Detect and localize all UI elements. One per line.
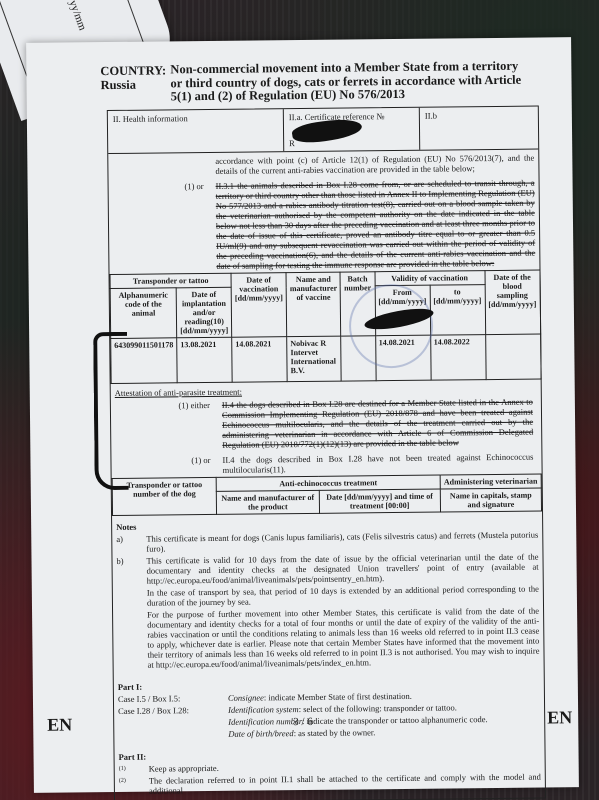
th-date-time: Date [dd/mm/yyyy] and time of treatment … [319, 489, 441, 513]
th-valid-to: to [dd/mm/yyyy] [430, 285, 486, 336]
clause-ii31: (1) or II.3.1 the animals described in B… [109, 175, 540, 274]
certificate-reference-cell: II.a. Certificate reference № R [284, 108, 420, 151]
attestation-or-label: (1) or [115, 455, 222, 476]
part2-row: (2) The declaration referred to in point… [119, 772, 541, 796]
page-number: 3 / 6 [293, 716, 313, 728]
country-label: COUNTRY: [100, 63, 166, 78]
document-title: Non-commercial movement into a Member St… [170, 60, 525, 104]
vaccination-table: Transponder or tattoo Date of vaccinatio… [110, 270, 542, 385]
clause-or-label: (1) or [109, 181, 217, 272]
th-blood-date: Date of the blood sampling [dd/mm/yyyy] [485, 270, 541, 335]
cell-vaccine: Nobivac R Intervet International B.V. [287, 336, 342, 382]
language-code-left: EN [47, 714, 72, 735]
cell-to: 14.08.2022 [430, 335, 485, 381]
clause-ii31-text: II.3.1 the animals described in Box I.28… [216, 178, 536, 271]
th-vacc-date: Date of vaccination [dd/mm/yyyy] [231, 273, 287, 338]
cell-vacc-date: 14.08.2021 [232, 337, 287, 383]
cell-implant-date: 13.08.2021 [177, 337, 232, 383]
health-information-box: II. Health information II.a. Certificate… [107, 106, 546, 800]
document-header: COUNTRY: Russia Non-commercial movement … [100, 60, 520, 64]
clause-continued-text: accordance with point (c) of Article 12(… [215, 153, 534, 176]
note-item: b) This certificate is valid for 10 days… [116, 552, 538, 586]
th-implant-date: Date of implantation and/or reading(10) … [176, 287, 232, 338]
hand-drawn-bracket [93, 332, 129, 490]
note-item: In the case of transport by sea, that pe… [117, 584, 539, 608]
treatment-table: Transponder or tattoo number of the dog … [112, 473, 542, 516]
table-row: 643099011501178 13.08.2021 14.08.2021 No… [111, 334, 541, 383]
th-vet-group: Administering veterinarian [440, 474, 541, 489]
th-alphanumeric: Alphanumeric code of the animal [110, 288, 177, 339]
attestation-section: Attestation of anti-parasite treatment: … [111, 380, 542, 478]
th-product: Name and manufacturer of the product [216, 490, 319, 514]
note-item: For the purpose of further movement into… [117, 606, 540, 670]
note-item: a) This certificate is meant for dogs (C… [116, 530, 538, 554]
attestation-either-text: II.4 the dogs described in Box I.28 are … [222, 397, 534, 450]
country-block: COUNTRY: Russia [100, 63, 166, 92]
th-transponder-group: Transponder or tattoo [110, 273, 231, 288]
th-vaccine-name: Name and manufacturer of vaccine [286, 272, 341, 337]
certificate-page: COUNTRY: Russia Non-commercial movement … [26, 37, 579, 793]
notes-section: Notes a) This certificate is meant for d… [112, 511, 545, 800]
box-header-row: II. Health information II.a. Certificate… [108, 107, 538, 155]
country-value: Russia [100, 77, 166, 92]
language-code-right: EN [547, 707, 572, 728]
part1-row: Date of birth/breed: as stated by the ow… [118, 726, 540, 740]
th-vet-detail: Name in capitals, stamp and signature [440, 488, 541, 512]
attestation-or-text: II.4 the dogs described in Box I.28 have… [222, 452, 533, 475]
iib-cell: II.b [420, 107, 538, 150]
cell-blood [485, 334, 540, 380]
attestation-either-label: (1) either [115, 400, 223, 451]
health-info-cell: II. Health information [108, 109, 284, 153]
